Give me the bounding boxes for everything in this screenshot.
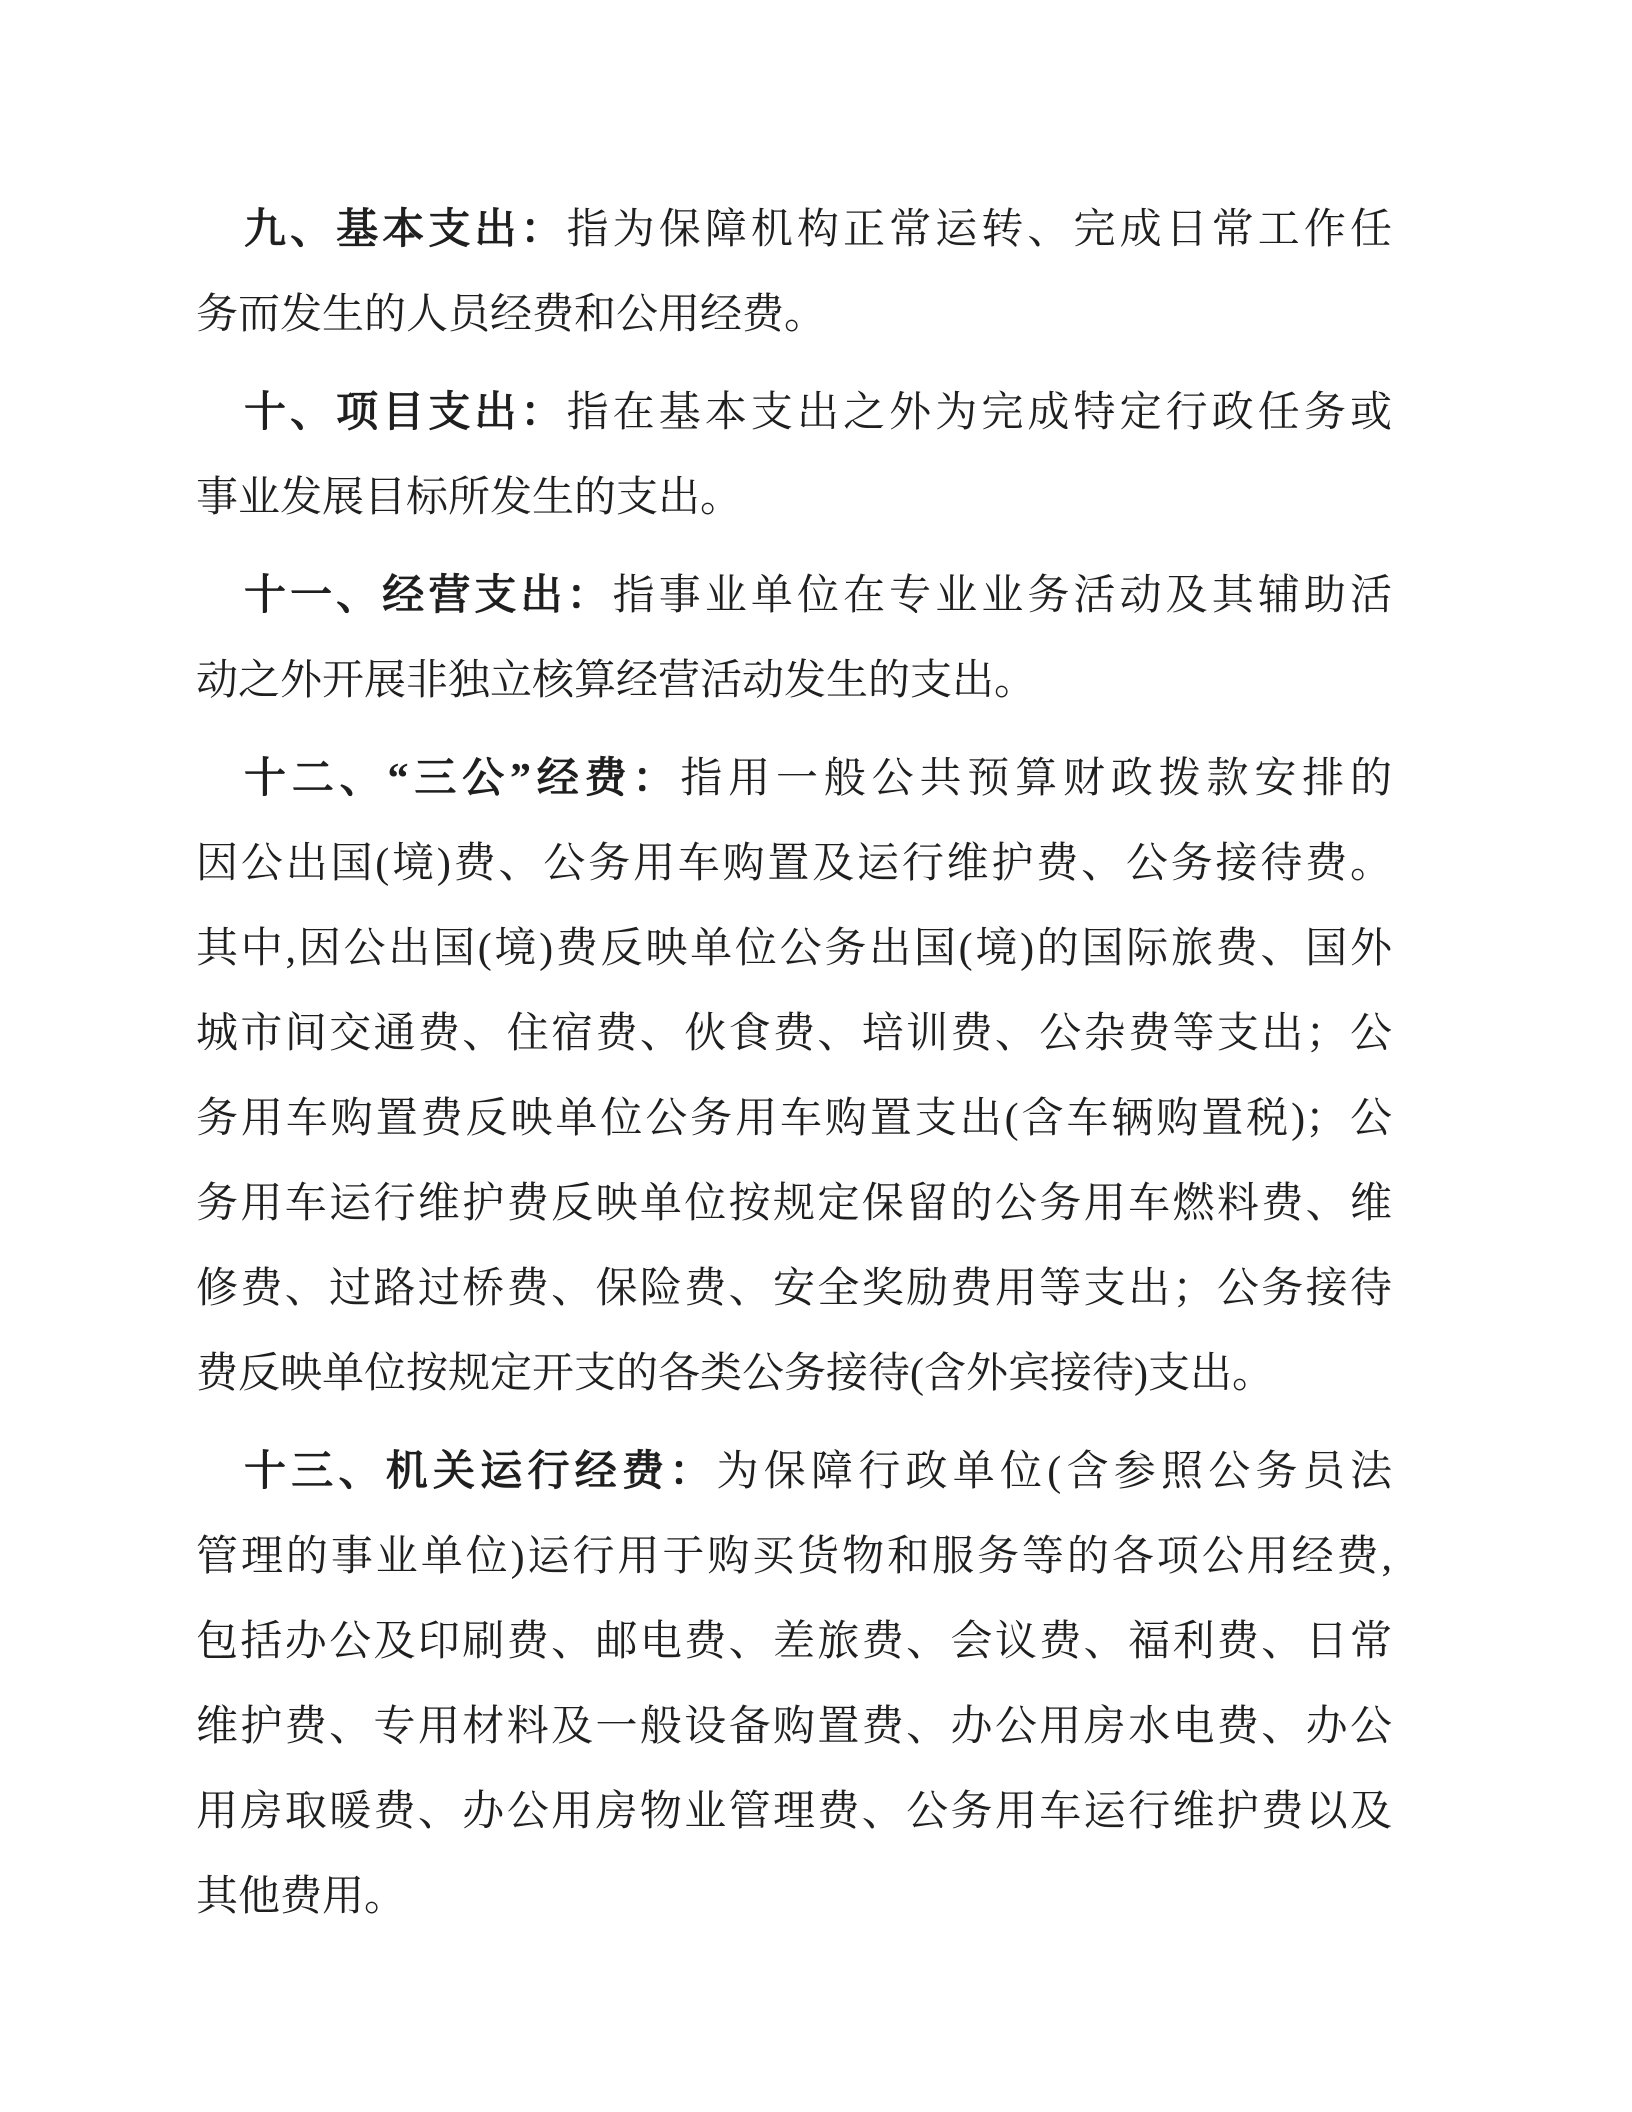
body-text: 为保障行政单位(含参照公务员法 bbox=[717, 1449, 1392, 1495]
body-text: 因公出国(境)费、公务用车购置及运行维护费、公务接待费。 bbox=[196, 841, 1392, 887]
term-heading: 十、项目支出： bbox=[244, 390, 567, 436]
paragraph: 十一、经营支出：指事业单位在专业业务活动及其辅助活动之外开展非独立核算经营活动发… bbox=[196, 554, 1392, 724]
body-text: 务而发生的人员经费和公用经费。 bbox=[196, 292, 826, 338]
body-text: 务用车运行维护费反映单位按规定保留的公务用车燃料费、维 bbox=[196, 1181, 1392, 1227]
body-text: 维护费、专用材料及一般设备购置费、办公用房水电费、办公 bbox=[196, 1704, 1392, 1750]
body-text: 指用一般公共预算财政拨款安排的 bbox=[680, 756, 1392, 802]
text-line: 务用车购置费反映单位公务用车购置支出(含车辆购置税)；公 bbox=[196, 1077, 1392, 1162]
text-line: 十三、机关运行经费：为保障行政单位(含参照公务员法 bbox=[196, 1430, 1392, 1515]
body-text: 用房取暖费、办公用房物业管理费、公务用车运行维护费以及 bbox=[196, 1789, 1392, 1835]
text-line: 其中,因公出国(境)费反映单位公务出国(境)的国际旅费、国外 bbox=[196, 907, 1392, 992]
text-line: 因公出国(境)费、公务用车购置及运行维护费、公务接待费。 bbox=[196, 822, 1392, 907]
text-line: 十、项目支出：指在基本支出之外为完成特定行政任务或 bbox=[196, 371, 1392, 456]
body-text: 其他费用。 bbox=[196, 1874, 406, 1920]
term-heading: 十二、“三公”经费： bbox=[244, 756, 680, 802]
body-text: 指在基本支出之外为完成特定行政任务或 bbox=[567, 390, 1392, 436]
text-line: 事业发展目标所发生的支出。 bbox=[196, 456, 1392, 541]
document-body: 九、基本支出：指为保障机构正常运转、完成日常工作任务而发生的人员经费和公用经费。… bbox=[196, 188, 1392, 1953]
body-text: 动之外开展非独立核算经营活动发生的支出。 bbox=[196, 658, 1036, 704]
text-line: 管理的事业单位)运行用于购买货物和服务等的各项公用经费, bbox=[196, 1515, 1392, 1600]
term-heading: 十三、机关运行经费： bbox=[244, 1449, 717, 1495]
body-text: 其中,因公出国(境)费反映单位公务出国(境)的国际旅费、国外 bbox=[196, 926, 1392, 972]
text-line: 务用车运行维护费反映单位按规定保留的公务用车燃料费、维 bbox=[196, 1162, 1392, 1247]
term-heading: 十一、经营支出： bbox=[244, 573, 613, 619]
body-text: 城市间交通费、住宿费、伙食费、培训费、公杂费等支出；公 bbox=[196, 1011, 1392, 1057]
text-line: 十一、经营支出：指事业单位在专业业务活动及其辅助活 bbox=[196, 554, 1392, 639]
body-text: 务用车购置费反映单位公务用车购置支出(含车辆购置税)；公 bbox=[196, 1096, 1392, 1142]
text-line: 其他费用。 bbox=[196, 1855, 1392, 1940]
body-text: 修费、过路过桥费、保险费、安全奖励费用等支出；公务接待 bbox=[196, 1266, 1392, 1312]
text-line: 修费、过路过桥费、保险费、安全奖励费用等支出；公务接待 bbox=[196, 1247, 1392, 1332]
text-line: 包括办公及印刷费、邮电费、差旅费、会议费、福利费、日常 bbox=[196, 1600, 1392, 1685]
text-line: 九、基本支出：指为保障机构正常运转、完成日常工作任 bbox=[196, 188, 1392, 273]
text-line: 务而发生的人员经费和公用经费。 bbox=[196, 273, 1392, 358]
text-line: 用房取暖费、办公用房物业管理费、公务用车运行维护费以及 bbox=[196, 1770, 1392, 1855]
body-text: 包括办公及印刷费、邮电费、差旅费、会议费、福利费、日常 bbox=[196, 1619, 1392, 1665]
text-line: 城市间交通费、住宿费、伙食费、培训费、公杂费等支出；公 bbox=[196, 992, 1392, 1077]
body-text: 指为保障机构正常运转、完成日常工作任 bbox=[567, 207, 1392, 253]
text-line: 动之外开展非独立核算经营活动发生的支出。 bbox=[196, 639, 1392, 724]
text-line: 费反映单位按规定开支的各类公务接待(含外宾接待)支出。 bbox=[196, 1332, 1392, 1417]
paragraph: 九、基本支出：指为保障机构正常运转、完成日常工作任务而发生的人员经费和公用经费。 bbox=[196, 188, 1392, 358]
body-text: 指事业单位在专业业务活动及其辅助活 bbox=[613, 573, 1392, 619]
body-text: 费反映单位按规定开支的各类公务接待(含外宾接待)支出。 bbox=[196, 1351, 1274, 1397]
term-heading: 九、基本支出： bbox=[244, 207, 567, 253]
document-page: 九、基本支出：指为保障机构正常运转、完成日常工作任务而发生的人员经费和公用经费。… bbox=[0, 0, 1632, 2112]
paragraph: 十二、“三公”经费：指用一般公共预算财政拨款安排的因公出国(境)费、公务用车购置… bbox=[196, 737, 1392, 1417]
text-line: 十二、“三公”经费：指用一般公共预算财政拨款安排的 bbox=[196, 737, 1392, 822]
paragraph: 十三、机关运行经费：为保障行政单位(含参照公务员法管理的事业单位)运行用于购买货… bbox=[196, 1430, 1392, 1940]
body-text: 管理的事业单位)运行用于购买货物和服务等的各项公用经费, bbox=[196, 1534, 1392, 1580]
text-line: 维护费、专用材料及一般设备购置费、办公用房水电费、办公 bbox=[196, 1685, 1392, 1770]
paragraph: 十、项目支出：指在基本支出之外为完成特定行政任务或事业发展目标所发生的支出。 bbox=[196, 371, 1392, 541]
body-text: 事业发展目标所发生的支出。 bbox=[196, 475, 742, 521]
